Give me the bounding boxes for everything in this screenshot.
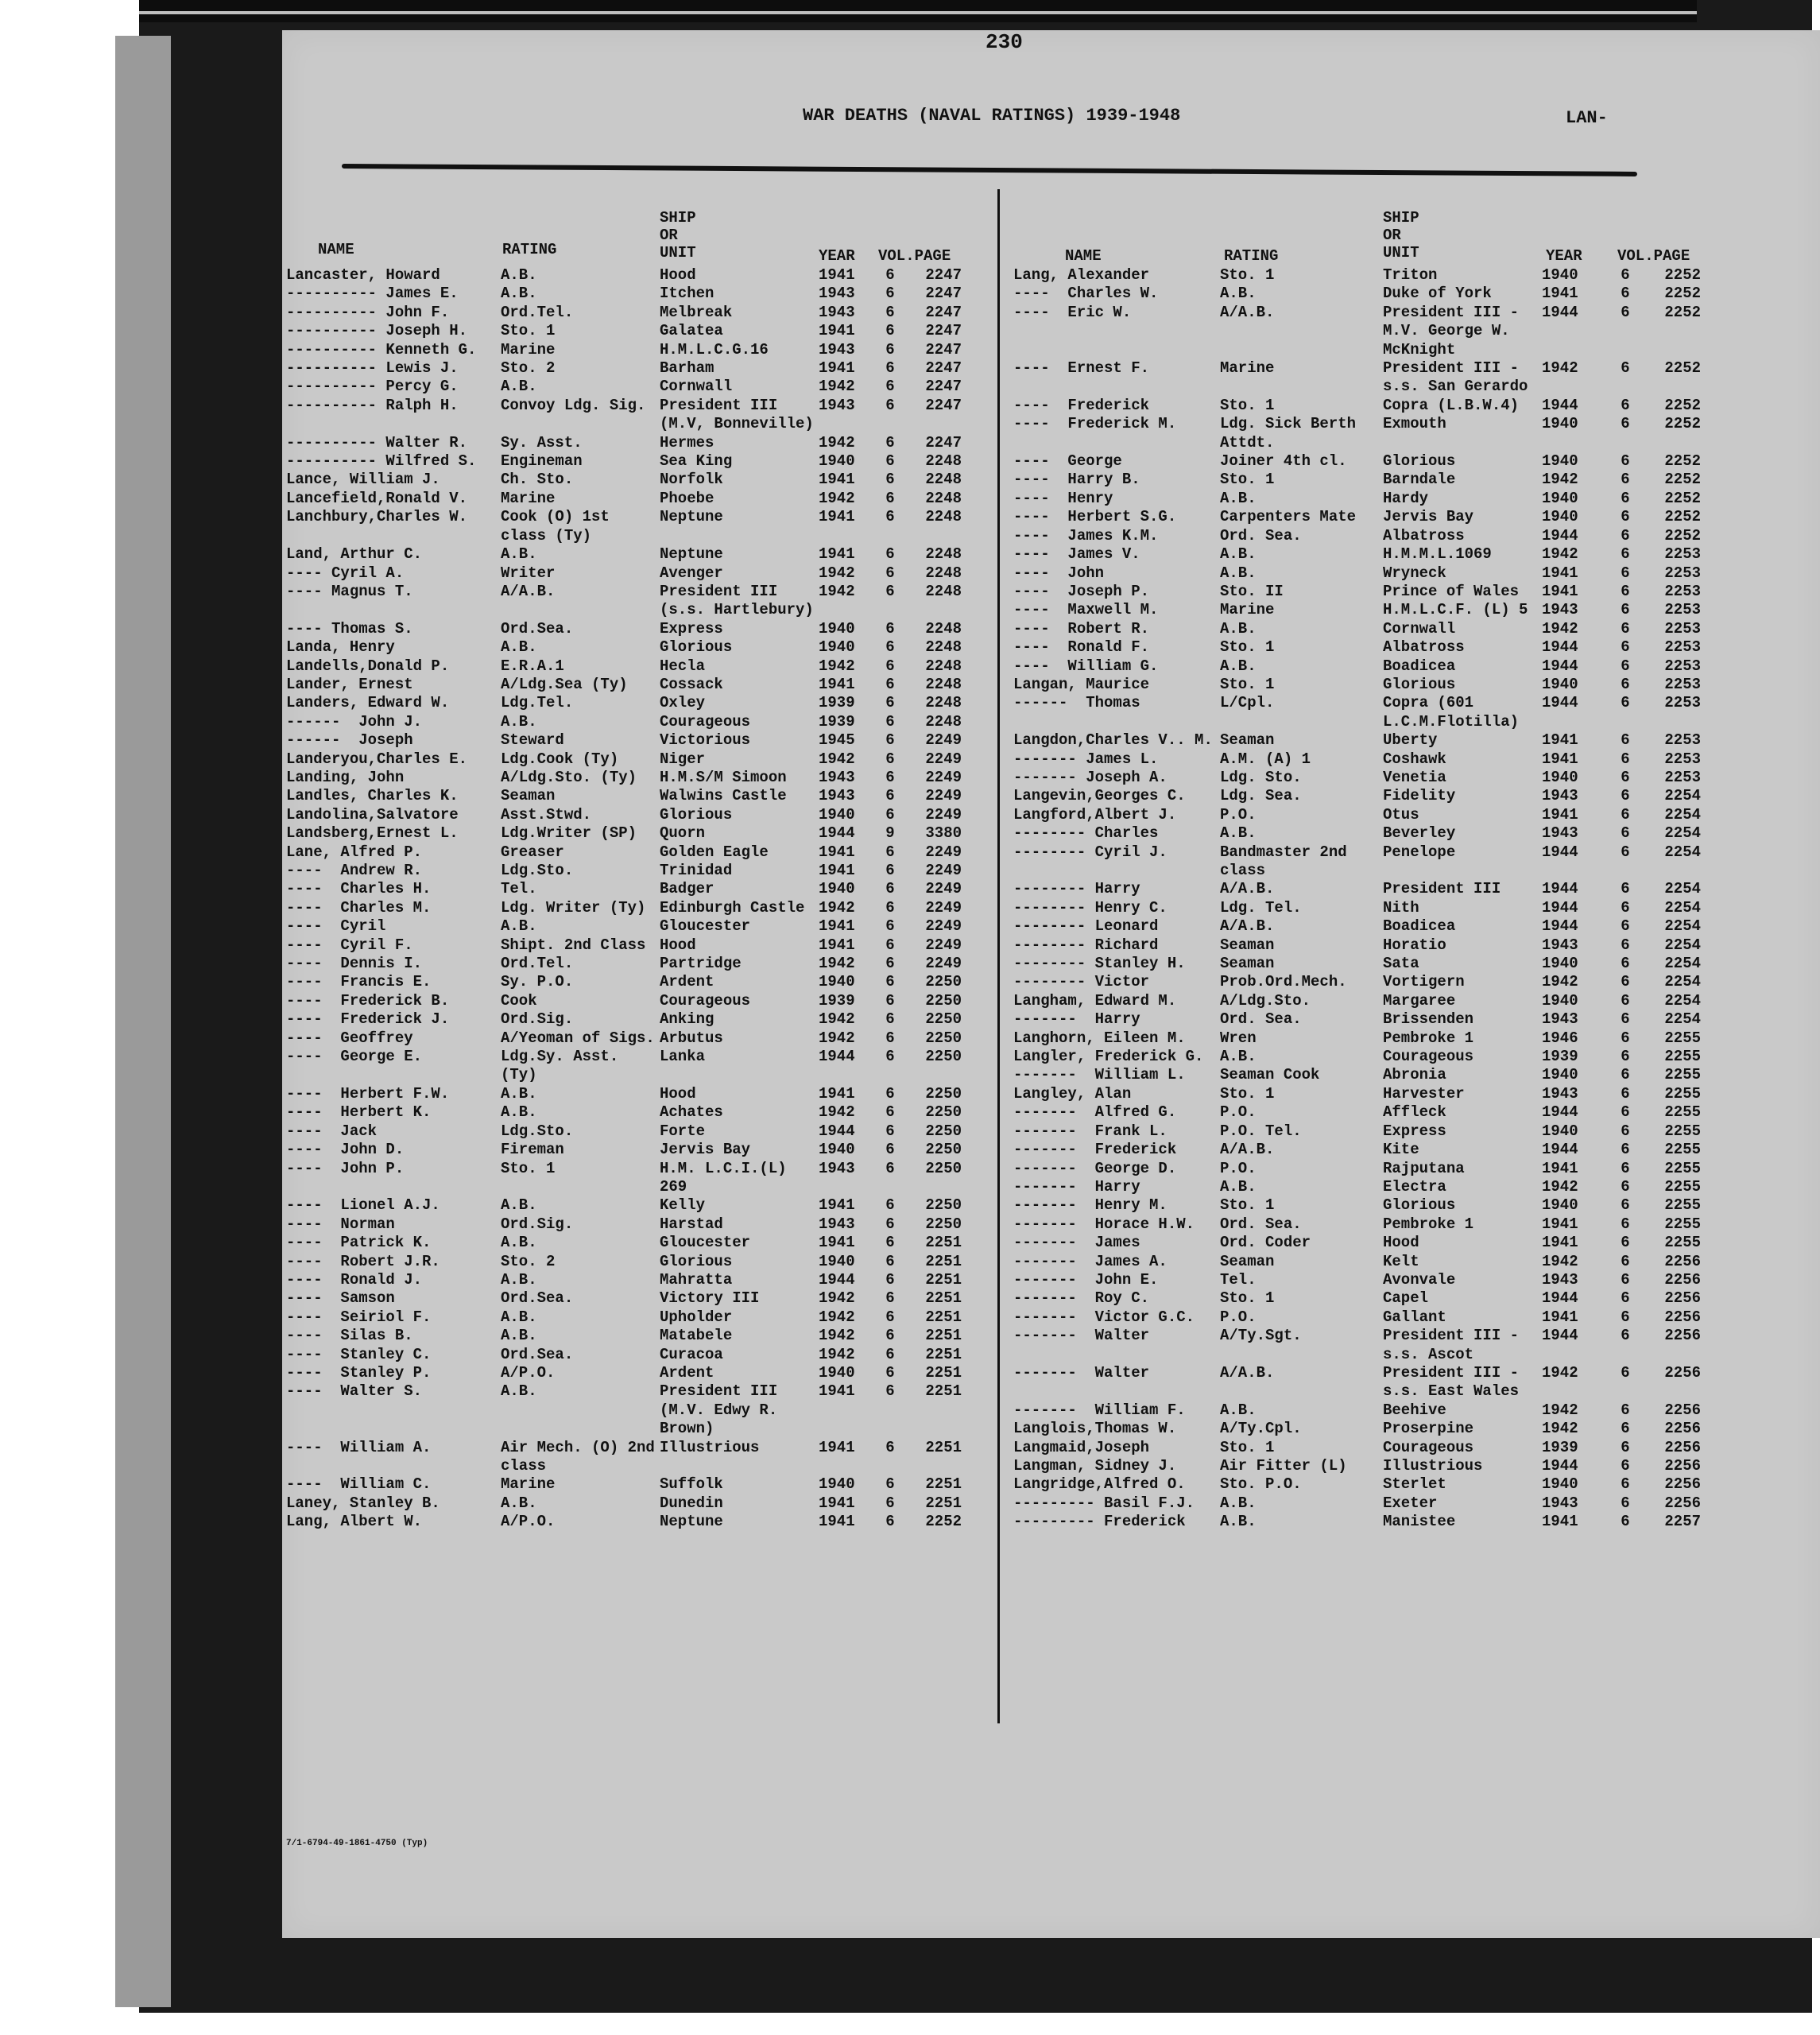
entry-page: 2248 xyxy=(906,657,962,676)
entry-year: 1944 xyxy=(1542,1327,1605,1364)
entry-volume: 6 xyxy=(874,713,906,731)
entry-ship: Badger xyxy=(660,880,819,898)
entry-name: ---- Jack xyxy=(286,1122,501,1141)
entry-rating: A/Ldg.Sto. (Ty) xyxy=(501,769,660,787)
entry-volume: 6 xyxy=(1605,1420,1645,1438)
entry-ship: Manistee xyxy=(1383,1513,1542,1531)
entry-rating: Ord.Tel. xyxy=(501,304,660,322)
entry-year: 1942 xyxy=(819,657,874,676)
entry-volume: 6 xyxy=(1605,843,1645,881)
entry-year: 1944 xyxy=(1542,304,1605,359)
entry-name: Langlois,Thomas W. xyxy=(1013,1420,1220,1438)
column-headers: NAME RATING SHIP OR UNIT YEAR VOL.PAGE xyxy=(286,209,993,266)
entry-page: 2248 xyxy=(906,452,962,471)
entry-volume: 6 xyxy=(1605,1196,1645,1215)
entry-year: 1942 xyxy=(819,1327,874,1345)
entry-page: 2252 xyxy=(1645,452,1701,471)
entry-volume: 6 xyxy=(874,806,906,824)
entry-year: 1941 xyxy=(1542,285,1605,303)
register-entry: ------- Victor G.C. P.O. Gallant 1941 6 … xyxy=(1013,1308,1808,1327)
entry-name: Langhorn, Eileen M. xyxy=(1013,1029,1220,1048)
register-entry: Langham, Edward M. A/Ldg.Sto. Margaree 1… xyxy=(1013,992,1808,1010)
register-entry: ------- Henry M. Sto. 1 Glorious 1940 6 … xyxy=(1013,1196,1808,1215)
register-entry: ---- Ronald F. Sto. 1 Albatross 1944 6 2… xyxy=(1013,638,1808,657)
entry-volume: 6 xyxy=(874,676,906,694)
entry-name: Lang, Albert W. xyxy=(286,1513,501,1531)
entry-page: 2250 xyxy=(906,992,962,1010)
header-rating: RATING xyxy=(1224,247,1278,265)
entry-ship: Glorious xyxy=(1383,676,1542,694)
register-entry: Landers, Edward W. Ldg.Tel. Oxley 1939 6… xyxy=(286,694,993,712)
header-ship: SHIP OR UNIT xyxy=(1383,209,1419,262)
entry-year: 1941 xyxy=(819,1196,874,1215)
entry-volume: 6 xyxy=(874,545,906,564)
register-entry: --------- Frederick A.B. Manistee 1941 6… xyxy=(1013,1513,1808,1531)
entry-ship: Trinidad xyxy=(660,862,819,880)
entry-name: --------- Frederick xyxy=(1013,1513,1220,1531)
entry-page: 2252 xyxy=(1645,508,1701,526)
entry-year: 1941 xyxy=(1542,1160,1605,1178)
entry-name: Lang, Alexander xyxy=(1013,266,1220,285)
entry-rating: Seaman Cook xyxy=(1220,1066,1383,1084)
entry-name: ---- Robert R. xyxy=(1013,620,1220,638)
entry-ship: Avonvale xyxy=(1383,1271,1542,1289)
entry-volume: 6 xyxy=(1605,1178,1645,1196)
entry-rating: Ldg. Tel. xyxy=(1220,899,1383,917)
entry-name: ------ John J. xyxy=(286,713,501,731)
entry-year: 1941 xyxy=(1542,750,1605,769)
entry-rating: Sto. 1 xyxy=(1220,397,1383,415)
entry-page: 2250 xyxy=(906,1215,962,1234)
entry-ship: Sterlet xyxy=(1383,1475,1542,1494)
entry-name: ------- George D. xyxy=(1013,1160,1220,1178)
entry-year: 1944 xyxy=(819,1048,874,1085)
scan-edge-strip xyxy=(115,36,171,2007)
entry-rating: Air Mech. (O) 2nd class xyxy=(501,1439,660,1476)
entry-name: ---- Maxwell M. xyxy=(1013,601,1220,619)
entry-ship: Pembroke 1 xyxy=(1383,1029,1542,1048)
register-entry: Landles, Charles K. Seaman Walwins Castl… xyxy=(286,787,993,805)
entry-name: ------- William F. xyxy=(1013,1401,1220,1420)
header-volpage: VOL.PAGE xyxy=(878,247,951,265)
register-entry: ------- Harry A.B. Electra 1942 6 2255 xyxy=(1013,1178,1808,1196)
entry-year: 1940 xyxy=(1542,955,1605,973)
entry-volume: 6 xyxy=(874,917,906,936)
entry-rating: A/A.B. xyxy=(1220,1364,1383,1401)
entry-page: 2249 xyxy=(906,731,962,750)
register-entry: ---- George E. Ldg.Sy. Asst. (Ty) Lanka … xyxy=(286,1048,993,1085)
entry-rating: Ord. Sea. xyxy=(1220,1010,1383,1029)
entry-year: 1944 xyxy=(1542,899,1605,917)
entry-name: Lane, Alfred P. xyxy=(286,843,501,862)
entry-name: ---- Frederick B. xyxy=(286,992,501,1010)
entry-year: 1941 xyxy=(819,508,874,545)
entry-rating: Seaman xyxy=(1220,731,1383,750)
entry-rating: Sto. 2 xyxy=(501,359,660,378)
entry-rating: Ord. Sea. xyxy=(1220,1215,1383,1234)
entry-volume: 6 xyxy=(1605,1141,1645,1159)
entry-volume: 6 xyxy=(1605,731,1645,750)
register-entry: ---- James K.M. Ord. Sea. Albatross 1944… xyxy=(1013,527,1808,545)
register-entry: ---- Henry A.B. Hardy 1940 6 2252 xyxy=(1013,490,1808,508)
entry-rating: A.B. xyxy=(501,378,660,396)
entry-volume: 6 xyxy=(1605,620,1645,638)
entry-name: Lancefield,Ronald V. xyxy=(286,490,501,508)
entry-name: Laney, Stanley B. xyxy=(286,1494,501,1513)
entry-year: 1940 xyxy=(819,452,874,471)
entry-rating: A.B. xyxy=(501,285,660,303)
entry-name: ---- George E. xyxy=(286,1048,501,1085)
register-entry: ---- Seiriol F. A.B. Upholder 1942 6 225… xyxy=(286,1308,993,1327)
entry-name: Lance, William J. xyxy=(286,471,501,489)
entry-rating: Seaman xyxy=(1220,1253,1383,1271)
entry-volume: 6 xyxy=(1605,1253,1645,1271)
entry-page: 2253 xyxy=(1645,620,1701,638)
entry-rating: Sto. 1 xyxy=(1220,471,1383,489)
register-entry: --------- Basil F.J. A.B. Exeter 1943 6 … xyxy=(1013,1494,1808,1513)
entry-ship: Itchen xyxy=(660,285,819,303)
entry-volume: 6 xyxy=(1605,471,1645,489)
entry-ship: Anking xyxy=(660,1010,819,1029)
entry-page: 2255 xyxy=(1645,1103,1701,1122)
entry-year: 1941 xyxy=(819,843,874,862)
entry-volume: 6 xyxy=(1605,1103,1645,1122)
entry-volume: 6 xyxy=(874,1346,906,1364)
register-page: 230 WAR DEATHS (NAVAL RATINGS) 1939-1948… xyxy=(282,30,1820,1938)
register-entry: ---- Cyril A.B. Gloucester 1941 6 2249 xyxy=(286,917,993,936)
entry-name: Langham, Edward M. xyxy=(1013,992,1220,1010)
column-headers: NAME RATING SHIP OR UNIT YEAR VOL.PAGE xyxy=(1013,209,1808,266)
entry-volume: 6 xyxy=(1605,955,1645,973)
entry-rating: A.B. xyxy=(501,713,660,731)
entry-rating: A/P.O. xyxy=(501,1364,660,1382)
entry-year: 1942 xyxy=(819,378,874,396)
entry-name: -------- Stanley H. xyxy=(1013,955,1220,973)
entry-year: 1940 xyxy=(1542,508,1605,526)
entry-ship: Glorious xyxy=(660,806,819,824)
entry-year: 1946 xyxy=(1542,1029,1605,1048)
entry-volume: 6 xyxy=(874,397,906,434)
entry-ship: Ardent xyxy=(660,1364,819,1382)
entry-rating: A.B. xyxy=(1220,824,1383,843)
entry-year: 1943 xyxy=(819,1215,874,1234)
entry-rating: Sto. 1 xyxy=(1220,1439,1383,1457)
entry-page: 2253 xyxy=(1645,545,1701,564)
entry-volume: 6 xyxy=(874,1271,906,1289)
entry-name: ---- Herbert K. xyxy=(286,1103,501,1122)
entry-year: 1943 xyxy=(819,397,874,434)
entry-name: ------- Frederick xyxy=(1013,1141,1220,1159)
entry-rating: Steward xyxy=(501,731,660,750)
entry-year: 1944 xyxy=(1542,397,1605,415)
entry-volume: 6 xyxy=(874,1196,906,1215)
entry-volume: 6 xyxy=(874,452,906,471)
entry-page: 2254 xyxy=(1645,824,1701,843)
register-entry: ------ John J. A.B. Courageous 1939 6 22… xyxy=(286,713,993,731)
entry-page: 2255 xyxy=(1645,1160,1701,1178)
register-entry: Lance, William J. Ch. Sto. Norfolk 1941 … xyxy=(286,471,993,489)
entry-year: 1943 xyxy=(1542,787,1605,805)
entry-year: 1942 xyxy=(1542,1401,1605,1420)
entry-name: ---- Francis E. xyxy=(286,973,501,991)
entry-ship: Barndale xyxy=(1383,471,1542,489)
entry-year: 1942 xyxy=(819,434,874,452)
header-rule xyxy=(342,164,1637,176)
entry-year: 1943 xyxy=(819,285,874,303)
entry-ship: Exmouth xyxy=(1383,415,1542,452)
entry-ship: Gloucester xyxy=(660,917,819,936)
register-entry: ---------- Ralph H. Convoy Ldg. Sig. Pre… xyxy=(286,397,993,434)
entry-page: 2247 xyxy=(906,322,962,340)
entry-year: 1940 xyxy=(1542,992,1605,1010)
entry-name: ---- Cyril xyxy=(286,917,501,936)
entry-year: 1943 xyxy=(819,787,874,805)
entry-ship: Partridge xyxy=(660,955,819,973)
entry-page: 2256 xyxy=(1645,1475,1701,1494)
entry-rating: A.M. (A) 1 xyxy=(1220,750,1383,769)
register-entry: ---- Charles M. Ldg. Writer (Ty) Edinbur… xyxy=(286,899,993,917)
entry-page: 2249 xyxy=(906,936,962,955)
register-entry: ------ Thomas L/Cpl. Copra (601 L.C.M.Fl… xyxy=(1013,694,1808,731)
entry-ship: Illustrious xyxy=(660,1439,819,1476)
entry-rating: A.B. xyxy=(501,1327,660,1345)
entry-ship: Achates xyxy=(660,1103,819,1122)
entry-year: 1942 xyxy=(819,750,874,769)
entry-ship: Ardent xyxy=(660,973,819,991)
entry-year: 1941 xyxy=(819,1085,874,1103)
entry-page: 2254 xyxy=(1645,917,1701,936)
register-entry: Langlois,Thomas W. A/Ty.Cpl. Proserpine … xyxy=(1013,1420,1808,1438)
entry-page: 2256 xyxy=(1645,1289,1701,1308)
entry-volume: 6 xyxy=(874,992,906,1010)
register-entry: Langley, Alan Sto. 1 Harvester 1943 6 22… xyxy=(1013,1085,1808,1103)
register-entry: ---- Ernest F. Marine President III - s.… xyxy=(1013,359,1808,397)
entry-year: 1943 xyxy=(1542,936,1605,955)
register-entry: ---- Magnus T. A/A.B. President III (s.s… xyxy=(286,583,993,620)
entry-page: 2250 xyxy=(906,1122,962,1141)
entry-rating: Ord. Sea. xyxy=(1220,527,1383,545)
entry-rating: Asst.Stwd. xyxy=(501,806,660,824)
entry-page: 2253 xyxy=(1645,676,1701,694)
entry-year: 1944 xyxy=(819,1271,874,1289)
entry-ship: Courageous xyxy=(660,713,819,731)
entry-rating: A/A.B. xyxy=(1220,880,1383,898)
entry-ship: Cornwall xyxy=(1383,620,1542,638)
entry-page: 2250 xyxy=(906,1160,962,1197)
register-entry: ---- Charles W. A.B. Duke of York 1941 6… xyxy=(1013,285,1808,303)
entry-page: 2250 xyxy=(906,1103,962,1122)
entry-name: ---------- Kenneth G. xyxy=(286,341,501,359)
entry-volume: 6 xyxy=(1605,1122,1645,1141)
register-entry: ---- James V. A.B. H.M.M.L.1069 1942 6 2… xyxy=(1013,545,1808,564)
entry-ship: Matabele xyxy=(660,1327,819,1345)
register-entry: Lancaster, Howard A.B. Hood 1941 6 2247 xyxy=(286,266,993,285)
entry-ship: Hood xyxy=(660,1085,819,1103)
entry-volume: 6 xyxy=(1605,1271,1645,1289)
entry-rating: Sto. 1 xyxy=(1220,676,1383,694)
entry-page: 2251 xyxy=(906,1253,962,1271)
entry-ship: Neptune xyxy=(660,1513,819,1531)
entry-name: ---- Silas B. xyxy=(286,1327,501,1345)
entry-page: 2247 xyxy=(906,359,962,378)
header-rating: RATING xyxy=(502,241,556,258)
entry-ship: Courageous xyxy=(1383,1048,1542,1066)
entry-ship: Prince of Wales xyxy=(1383,583,1542,601)
entry-year: 1945 xyxy=(819,731,874,750)
entry-year: 1943 xyxy=(1542,1494,1605,1513)
entry-year: 1942 xyxy=(1542,1364,1605,1401)
entry-ship: Brissenden xyxy=(1383,1010,1542,1029)
entry-name: ------- James A. xyxy=(1013,1253,1220,1271)
entry-ship: Glorious xyxy=(1383,452,1542,471)
entry-rating: A/Ldg.Sto. xyxy=(1220,992,1383,1010)
entry-rating: Cook (O) 1st class (Ty) xyxy=(501,508,660,545)
entry-rating: Marine xyxy=(1220,601,1383,619)
entry-ship: Copra (601 L.C.M.Flotilla) xyxy=(1383,694,1542,731)
entry-page: 2249 xyxy=(906,787,962,805)
entry-name: ---- John P. xyxy=(286,1160,501,1197)
entry-ship: H.M.L.C.F. (L) 5 xyxy=(1383,601,1542,619)
entry-name: ---------- Walter R. xyxy=(286,434,501,452)
register-entry: ---- Stanley C. Ord.Sea. Curacoa 1942 6 … xyxy=(286,1346,993,1364)
entry-ship: Rajputana xyxy=(1383,1160,1542,1178)
entry-volume: 6 xyxy=(1605,1327,1645,1364)
entry-name: -------- Victor xyxy=(1013,973,1220,991)
register-entry: ---- Thomas S. Ord.Sea. Express 1940 6 2… xyxy=(286,620,993,638)
entry-page: 2249 xyxy=(906,880,962,898)
entry-volume: 6 xyxy=(874,1382,906,1438)
right-entries: Lang, Alexander Sto. 1 Triton 1940 6 225… xyxy=(1013,266,1808,1532)
register-entry: ---------- Kenneth G. Marine H.M.L.C.G.1… xyxy=(286,341,993,359)
entry-ship: Hood xyxy=(1383,1234,1542,1252)
entry-page: 2251 xyxy=(906,1364,962,1382)
register-entry: ---- William A. Air Mech. (O) 2nd class … xyxy=(286,1439,993,1476)
entry-name: Langmaid,Joseph xyxy=(1013,1439,1220,1457)
entry-year: 1939 xyxy=(819,694,874,712)
register-entry: -------- Cyril J. Bandmaster 2nd class P… xyxy=(1013,843,1808,881)
entry-volume: 6 xyxy=(1605,769,1645,787)
entry-name: ---- George xyxy=(1013,452,1220,471)
entry-year: 1943 xyxy=(819,304,874,322)
entry-rating: A/A.B. xyxy=(1220,917,1383,936)
scan-margin-bottom xyxy=(0,2013,1820,2035)
register-entry: Langridge,Alfred O. Sto. P.O. Sterlet 19… xyxy=(1013,1475,1808,1494)
entry-ship: Upholder xyxy=(660,1308,819,1327)
entry-ship: Avenger xyxy=(660,564,819,583)
entry-page: 2255 xyxy=(1645,1215,1701,1234)
entry-year: 1941 xyxy=(819,1234,874,1252)
entry-volume: 6 xyxy=(874,973,906,991)
entry-year: 1944 xyxy=(1542,880,1605,898)
register-entry: ---- Harry B. Sto. 1 Barndale 1942 6 225… xyxy=(1013,471,1808,489)
entry-page: 2251 xyxy=(906,1234,962,1252)
register-entry: Langan, Maurice Sto. 1 Glorious 1940 6 2… xyxy=(1013,676,1808,694)
entry-page: 2248 xyxy=(906,490,962,508)
entry-ship: Margaree xyxy=(1383,992,1542,1010)
entry-name: ---- Lionel A.J. xyxy=(286,1196,501,1215)
entry-rating: Marine xyxy=(1220,359,1383,397)
register-entry: ---------- John F. Ord.Tel. Melbreak 194… xyxy=(286,304,993,322)
entry-volume: 6 xyxy=(1605,638,1645,657)
entry-page: 2256 xyxy=(1645,1253,1701,1271)
entry-name: ------ Joseph xyxy=(286,731,501,750)
entry-name: ---------- Wilfred S. xyxy=(286,452,501,471)
entry-volume: 6 xyxy=(1605,1494,1645,1513)
entry-year: 1942 xyxy=(1542,620,1605,638)
entry-rating: Convoy Ldg. Sig. xyxy=(501,397,660,434)
entry-volume: 6 xyxy=(1605,750,1645,769)
entry-ship: Victory III xyxy=(660,1289,819,1308)
entry-name: ---- Patrick K. xyxy=(286,1234,501,1252)
register-entry: ------- William F. A.B. Beehive 1942 6 2… xyxy=(1013,1401,1808,1420)
entry-volume: 6 xyxy=(874,694,906,712)
entry-ship: Horatio xyxy=(1383,936,1542,955)
entry-ship: Harvester xyxy=(1383,1085,1542,1103)
entry-page: 2256 xyxy=(1645,1271,1701,1289)
entry-rating: Ldg. Sick Berth Attdt. xyxy=(1220,415,1383,452)
entry-year: 1942 xyxy=(819,564,874,583)
entry-ship: Cossack xyxy=(660,676,819,694)
entry-ship: Hecla xyxy=(660,657,819,676)
register-entry: ---- Lionel A.J. A.B. Kelly 1941 6 2250 xyxy=(286,1196,993,1215)
entry-year: 1940 xyxy=(1542,1066,1605,1084)
entry-page: 2254 xyxy=(1645,880,1701,898)
register-entry: Lane, Alfred P. Greaser Golden Eagle 194… xyxy=(286,843,993,862)
entry-page: 2248 xyxy=(906,545,962,564)
entry-page: 2252 xyxy=(1645,266,1701,285)
entry-volume: 6 xyxy=(1605,527,1645,545)
entry-ship: Affleck xyxy=(1383,1103,1542,1122)
entry-rating: A.B. xyxy=(1220,1178,1383,1196)
entry-rating: E.R.A.1 xyxy=(501,657,660,676)
entry-ship: Sea King xyxy=(660,452,819,471)
entry-rating: Prob.Ord.Mech. xyxy=(1220,973,1383,991)
entry-ship: Glorious xyxy=(660,638,819,657)
scan-top-band xyxy=(139,0,1697,22)
entry-year: 1941 xyxy=(819,1494,874,1513)
entry-name: ------- Walter xyxy=(1013,1364,1220,1401)
entry-year: 1942 xyxy=(819,899,874,917)
entry-volume: 6 xyxy=(1605,415,1645,452)
entry-year: 1941 xyxy=(1542,1513,1605,1531)
entry-volume: 6 xyxy=(1605,1215,1645,1234)
entry-name: ---- Herbert F.W. xyxy=(286,1085,501,1103)
entry-name: ---------- James E. xyxy=(286,285,501,303)
register-entry: ------- Horace H.W. Ord. Sea. Pembroke 1… xyxy=(1013,1215,1808,1234)
entry-rating: Seaman xyxy=(501,787,660,805)
entry-volume: 6 xyxy=(874,638,906,657)
entry-rating: Marine xyxy=(501,341,660,359)
entry-name: ---- Eric W. xyxy=(1013,304,1220,359)
entry-rating: A.B. xyxy=(501,1103,660,1122)
entry-volume: 6 xyxy=(1605,1289,1645,1308)
register-entry: Lang, Alexander Sto. 1 Triton 1940 6 225… xyxy=(1013,266,1808,285)
register-entry: ---- Frederick J. Ord.Sig. Anking 1942 6… xyxy=(286,1010,993,1029)
entry-rating: Wren xyxy=(1220,1029,1383,1048)
entry-year: 1944 xyxy=(1542,843,1605,881)
register-entry: Langmaid,Joseph Sto. 1 Courageous 1939 6… xyxy=(1013,1439,1808,1457)
entry-name: Landells,Donald P. xyxy=(286,657,501,676)
entry-rating: Tel. xyxy=(1220,1271,1383,1289)
entry-page: 2251 xyxy=(906,1289,962,1308)
entry-ship: Triton xyxy=(1383,266,1542,285)
entry-year: 1944 xyxy=(1542,1141,1605,1159)
entry-year: 1941 xyxy=(819,471,874,489)
entry-volume: 6 xyxy=(874,1494,906,1513)
entry-name: ---- Geoffrey xyxy=(286,1029,501,1048)
entry-ship: President III - M.V. George W. McKnight xyxy=(1383,304,1542,359)
entry-page: 2251 xyxy=(906,1494,962,1513)
